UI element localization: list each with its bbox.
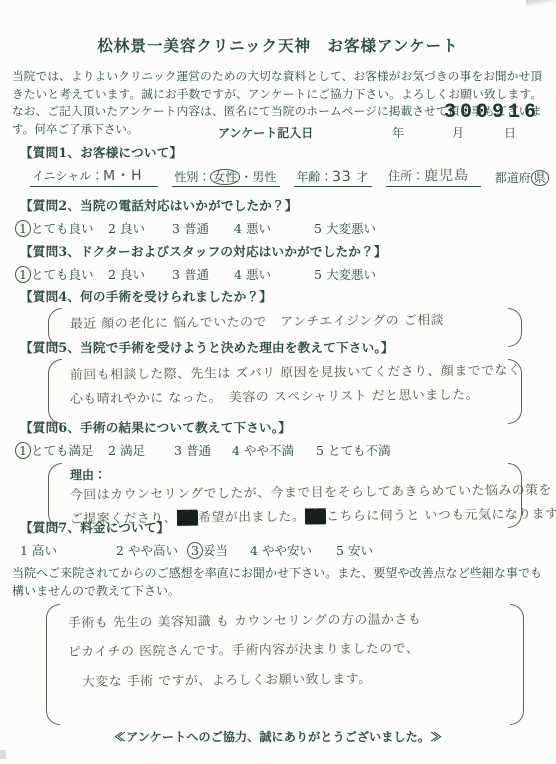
option-2: 2 満足 bbox=[108, 441, 174, 459]
date-entry-row: アンケート記入日 年 月 日 bbox=[0, 124, 556, 140]
question-2-heading: 【質問2、当院の電話対応はいかがでしたか？】 bbox=[0, 195, 556, 214]
question-3-heading: 【質問3、ドクターおよびスタッフの対応はいかがでしたか？】 bbox=[0, 241, 556, 260]
page-title: 松林景一美容クリニック天神 お客様アンケート bbox=[0, 34, 556, 56]
option-3: 3 普通 bbox=[172, 219, 234, 237]
comments-line3: 大変な 手術 ですが、よろしくお願い致します。 bbox=[68, 663, 502, 697]
prefecture-circled: 県 bbox=[531, 170, 549, 186]
scan-edge-dot bbox=[0, 750, 6, 759]
option-1: 1 高い bbox=[20, 541, 116, 559]
question-5-answer-box: 前回も相談した際、先生は ズバリ 原因を見抜いてくださり、顔まででなく 心も晴れ… bbox=[48, 359, 522, 424]
option-5: 5 大変悪い bbox=[314, 219, 376, 237]
address-value-handwritten: 鹿児島 bbox=[424, 165, 469, 186]
prefecture-suffix: 都道府県 bbox=[495, 169, 549, 187]
date-month-label: 月 bbox=[452, 124, 464, 141]
gender-separator: ・ bbox=[240, 170, 252, 184]
date-year-label: 年 bbox=[392, 124, 404, 141]
bracket-left bbox=[46, 604, 60, 725]
bracket-right bbox=[510, 604, 524, 725]
comments-section: 当院へご来院されてからのご感想を率直にお聞かせ下さい。また、要望や改善点など些細… bbox=[0, 564, 556, 725]
stamp-number: 300916 bbox=[444, 101, 540, 124]
option-4: 4 悪い bbox=[234, 265, 314, 283]
option-3: 3妥当 bbox=[192, 541, 250, 559]
option-1: 1とても良い bbox=[20, 219, 108, 237]
question-7-options: 1 高い 2 やや高い 3妥当 4 やや安い 5 安い bbox=[0, 541, 556, 559]
initial-value-handwritten: M・H bbox=[103, 165, 143, 186]
option-2: 2 良い bbox=[108, 219, 172, 237]
survey-scan-page: 松林景一美容クリニック天神 お客様アンケート 当院では、よりよいクリニック運営の… bbox=[0, 0, 556, 764]
option-5: 5 とても不満 bbox=[316, 441, 390, 459]
question-1-fields: イニシャル：M・H 性別：女性・男性 年齢：33 才 住所：鹿児島 都道府県 bbox=[0, 165, 556, 187]
question-4-heading: 【質問4、何の手術を受けられましたか？】 bbox=[0, 286, 556, 305]
question-3-section: 【質問3、ドクターおよびスタッフの対応はいかがでしたか？】 1とても良い 2 良… bbox=[0, 241, 556, 283]
address-label: 住所： bbox=[388, 169, 424, 183]
age-unit: 才 bbox=[356, 170, 368, 184]
comments-prompt: 当院へご来院されてからのご感想を率直にお聞かせ下さい。また、要望や改善点など些細… bbox=[0, 564, 556, 600]
option-4: 4 悪い bbox=[234, 219, 314, 237]
option-2: 2 やや高い bbox=[116, 541, 192, 559]
option-5: 5 大変悪い bbox=[314, 265, 376, 283]
question-6-heading: 【質問6、手術の結果について教えて下さい。】 bbox=[0, 417, 556, 436]
initial-label: イニシャル： bbox=[32, 169, 103, 183]
question-3-options: 1とても良い 2 良い 3 普通 4 悪い 5 大変悪い bbox=[0, 265, 556, 283]
age-label: 年齢： bbox=[296, 170, 332, 184]
option-4: 4 やや不満 bbox=[232, 441, 316, 459]
option-3: 3 普通 bbox=[172, 265, 234, 283]
selected-circle-mark: 3 bbox=[187, 542, 203, 559]
age-field: 年齢：33 才 bbox=[294, 168, 372, 187]
question-1-section: 【質問1、お客様について】 イニシャル：M・H 性別：女性・男性 年齢：33 才… bbox=[0, 142, 556, 187]
gender-male: 男性 bbox=[252, 170, 276, 184]
question-6-section: 【質問6、手術の結果について教えて下さい。】 1とても満足 2 満足 3 普通 … bbox=[0, 417, 556, 528]
selected-circle-mark: 1 bbox=[15, 266, 31, 283]
question-5-heading: 【質問5、当院で手術を受けようと決めた理由を教えて下さい。】 bbox=[0, 337, 556, 356]
initial-field: イニシャル：M・H bbox=[30, 165, 158, 187]
option-1: 1とても満足 bbox=[20, 441, 108, 459]
prefecture-prefix: 都道府 bbox=[495, 171, 531, 185]
option-1: 1とても良い bbox=[20, 265, 108, 283]
question-4-answer-handwritten: 最近 顔の老化に 悩んでいたので アンチエイジングの ご相談 bbox=[70, 308, 500, 337]
age-value-handwritten: 33 bbox=[332, 169, 352, 185]
gender-female-circled: 女性 bbox=[210, 169, 240, 185]
scan-edge-artifact bbox=[526, 0, 556, 7]
question-7-heading: 【質問7、料金について】 bbox=[0, 517, 556, 536]
option-5: 5 安い bbox=[336, 541, 373, 559]
question-6-options: 1とても満足 2 満足 3 普通 4 やや不満 5 とても不満 bbox=[0, 441, 556, 459]
question-1-heading: 【質問1、お客様について】 bbox=[0, 142, 556, 161]
footer-thanks: ≪アンケートへのご協力、誠にありがとうございました。≫ bbox=[0, 728, 556, 745]
option-4: 4 やや安い bbox=[250, 541, 336, 559]
comments-answer-box: 手術も 先生の 美容知識 も カウンセリングの方の温かさも ピカイチの 医院さん… bbox=[46, 604, 524, 725]
question-2-options: 1とても良い 2 良い 3 普通 4 悪い 5 大変悪い bbox=[0, 219, 556, 237]
selected-circle-mark: 1 bbox=[15, 442, 31, 459]
option-2: 2 良い bbox=[108, 265, 172, 283]
bracket-left bbox=[48, 359, 62, 424]
date-label: アンケート記入日 bbox=[218, 124, 313, 141]
question-2-section: 【質問2、当院の電話対応はいかがでしたか？】 1とても良い 2 良い 3 普通 … bbox=[0, 195, 556, 237]
address-field: 住所：鹿児島 bbox=[386, 165, 481, 187]
gender-field: 性別：女性・男性 bbox=[172, 168, 280, 187]
question-5-section: 【質問5、当院で手術を受けようと決めた理由を教えて下さい。】 前回も相談した際、… bbox=[0, 337, 556, 424]
question-7-section: 【質問7、料金について】 1 高い 2 やや高い 3妥当 4 やや安い 5 安い bbox=[0, 517, 556, 559]
question-5-answer-line2: 心も晴れやかに なった。 美容の スペシャリスト だと思いました。 bbox=[70, 384, 500, 413]
selected-circle-mark: 1 bbox=[15, 220, 31, 237]
option-3: 3 普通 bbox=[174, 441, 232, 459]
comments-line2: ピカイチの 医院さんです。手術内容が決まりましたので、 bbox=[68, 634, 502, 668]
date-day-label: 日 bbox=[504, 124, 516, 141]
gender-label: 性別： bbox=[174, 170, 210, 184]
